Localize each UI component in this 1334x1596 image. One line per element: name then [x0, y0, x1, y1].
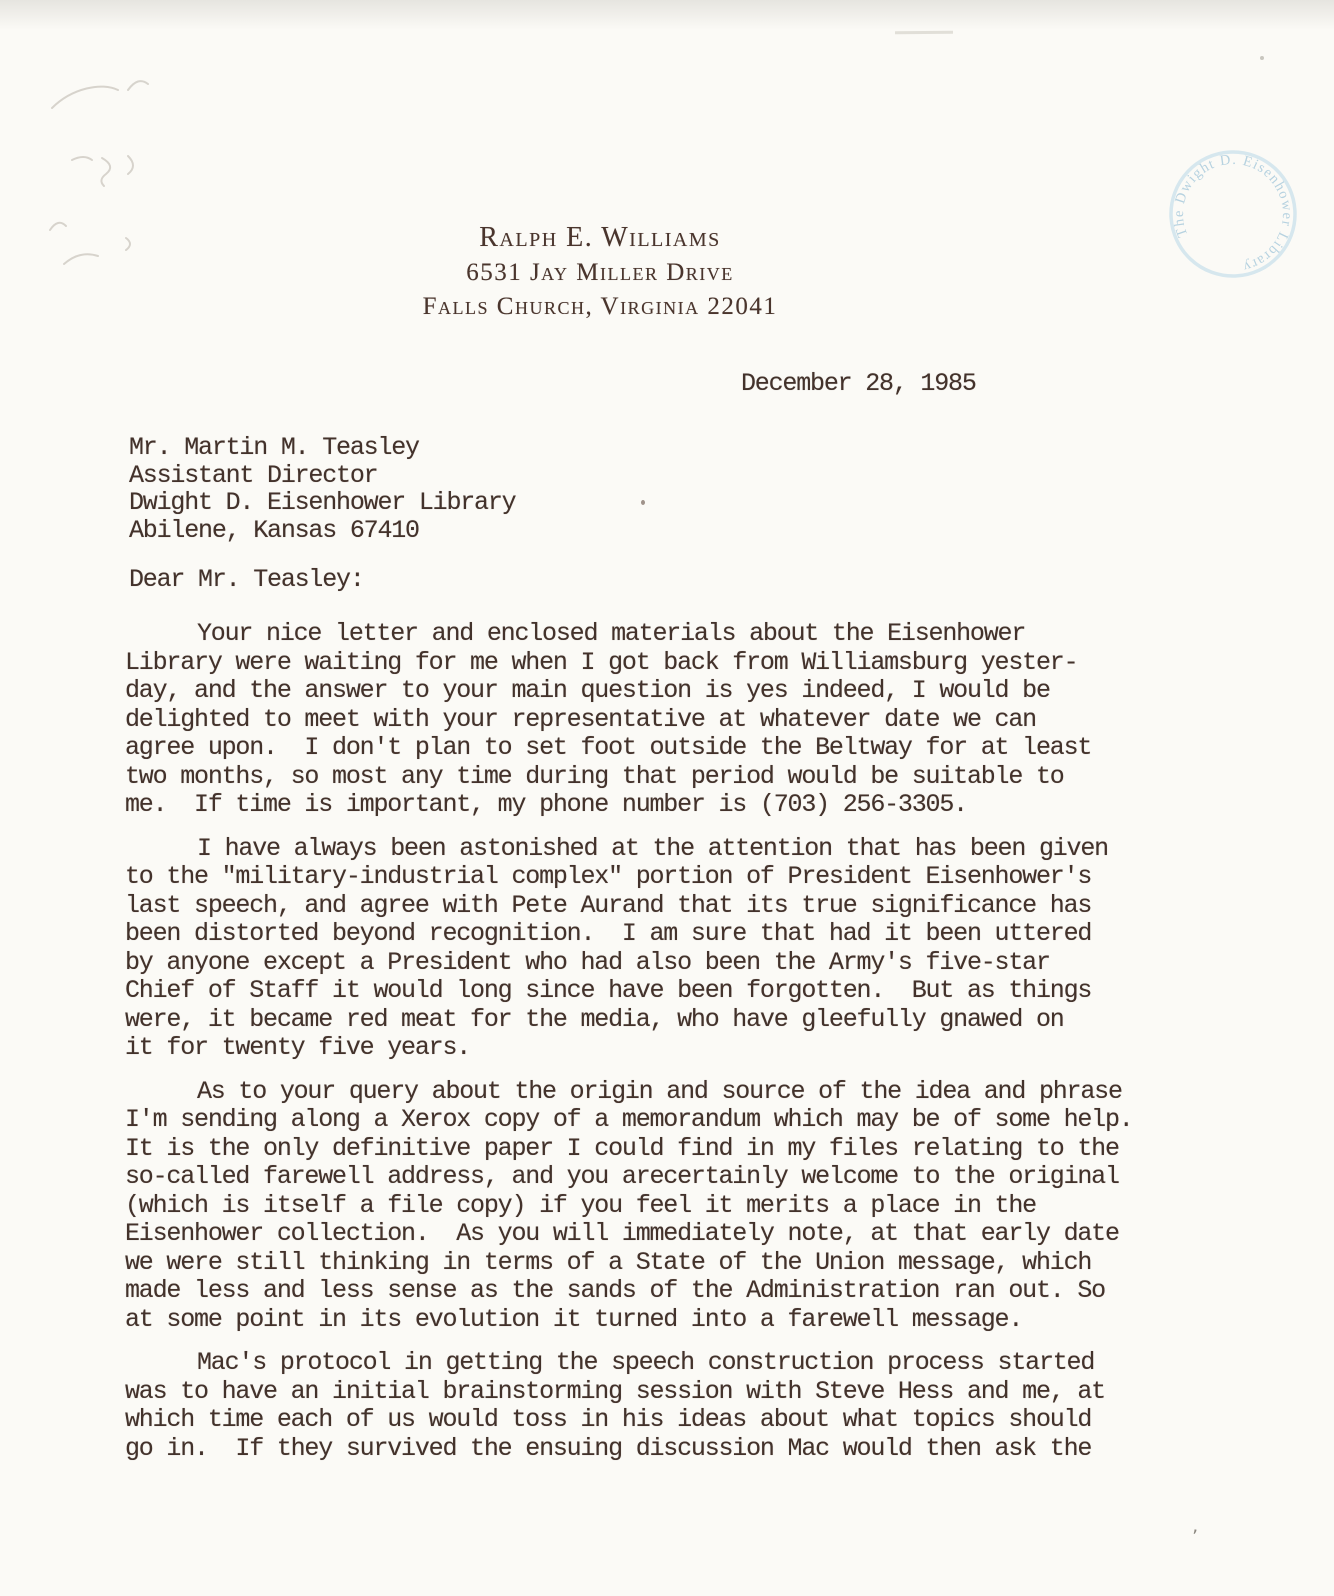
- scan-artifact-mark: ’: [1192, 1526, 1198, 1548]
- pencil-smudges: [30, 60, 260, 290]
- scan-artifact-dot: [1260, 56, 1264, 60]
- smudge-stroke: [72, 157, 92, 160]
- body-paragraph-2: I have always been astonished at the att…: [125, 835, 1185, 1063]
- recipient-block: Mr. Martin M. Teasley Assistant Director…: [129, 434, 515, 544]
- letterhead-address-line2: Falls Church, Virginia 22041: [267, 290, 933, 324]
- svg-text:The Dwight D. Eisenhower Libra: The Dwight D. Eisenhower Library: [1155, 136, 1315, 296]
- smudge-stroke: [52, 87, 118, 108]
- letter-page: The Dwight D. Eisenhower Library Ralph E…: [0, 0, 1334, 1596]
- letter-body: Your nice letter and enclosed materials …: [125, 620, 1185, 1478]
- date-line: December 28, 1985: [741, 370, 976, 398]
- smudge-stroke: [64, 254, 98, 264]
- letterhead-address-line1: 6531 Jay Miller Drive: [267, 256, 933, 290]
- body-paragraph-4: Mac's protocol in getting the speech con…: [125, 1349, 1185, 1463]
- salutation: Dear Mr. Teasley:: [129, 566, 364, 594]
- scan-artifact-dash: [895, 31, 953, 35]
- smudge-stroke: [128, 81, 148, 90]
- stamp-text: The Dwight D. Eisenhower Library: [1155, 136, 1315, 296]
- smudge-stroke: [128, 156, 133, 174]
- body-paragraph-1: Your nice letter and enclosed materials …: [125, 620, 1185, 820]
- letterhead: Ralph E. Williams 6531 Jay Miller Drive …: [267, 220, 933, 324]
- body-paragraph-3: As to your query about the origin and so…: [125, 1078, 1185, 1335]
- letterhead-name: Ralph E. Williams: [267, 220, 933, 256]
- smudge-stroke: [50, 223, 66, 230]
- library-stamp: The Dwight D. Eisenhower Library: [1155, 136, 1315, 296]
- smudge-stroke: [101, 158, 110, 186]
- scan-edge-shadow: [0, 0, 1334, 30]
- stray-period-mark: [641, 500, 645, 505]
- smudge-stroke: [126, 238, 130, 250]
